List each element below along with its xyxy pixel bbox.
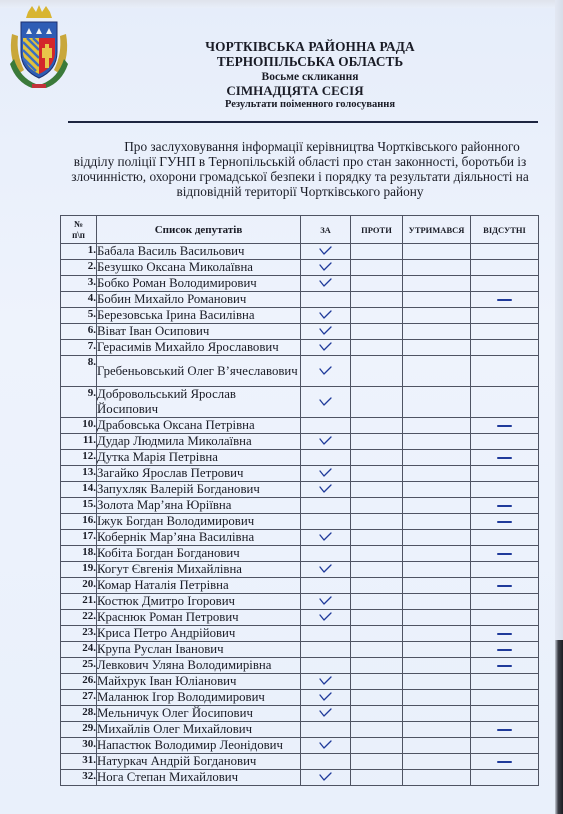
vote-cell-za — [301, 770, 351, 786]
deputy-name: Золота Мар’яна Юріївна — [97, 498, 301, 514]
vote-cell-za — [301, 738, 351, 754]
vote-cell-utrymavsia — [403, 706, 471, 722]
checkmark-icon — [319, 484, 332, 493]
checkmark-icon — [319, 740, 332, 749]
dash-mark-icon — [497, 521, 512, 523]
vote-cell-proty — [351, 418, 403, 434]
dash-mark-icon — [497, 729, 512, 731]
vote-cell-vidsutni — [471, 546, 539, 562]
table-row: 3.Бобко Роман Володимирович — [61, 276, 539, 292]
deputy-name: Бобко Роман Володимирович — [97, 276, 301, 292]
row-number: 7. — [61, 340, 97, 356]
table-row: 10.Драбовська Оксана Петрівна — [61, 418, 539, 434]
table-row: 6.Віват Іван Осипович — [61, 324, 539, 340]
row-number: 30. — [61, 738, 97, 754]
results-title: Результати поіменного голосування — [160, 99, 460, 111]
vote-cell-vidsutni — [471, 690, 539, 706]
vote-cell-vidsutni — [471, 244, 539, 260]
checkmark-icon — [319, 468, 332, 477]
vote-cell-utrymavsia — [403, 434, 471, 450]
vote-cell-utrymavsia — [403, 594, 471, 610]
row-number: 4. — [61, 292, 97, 308]
deputy-name: Дутка Марія Петрівна — [97, 450, 301, 466]
vote-cell-proty — [351, 450, 403, 466]
vote-cell-utrymavsia — [403, 276, 471, 292]
vote-cell-vidsutni — [471, 562, 539, 578]
dash-mark-icon — [497, 649, 512, 651]
row-number: 27. — [61, 690, 97, 706]
checkmark-icon — [319, 342, 332, 351]
vote-cell-za — [301, 418, 351, 434]
vote-cell-vidsutni — [471, 530, 539, 546]
vote-cell-utrymavsia — [403, 770, 471, 786]
deputy-name: Загайко Ярослав Петрович — [97, 466, 301, 482]
deputy-name: Майхрук Іван Юліанович — [97, 674, 301, 690]
vote-cell-proty — [351, 324, 403, 340]
table-row: 13.Загайко Ярослав Петрович — [61, 466, 539, 482]
table-row: 2.Безушко Оксана Миколаївна — [61, 260, 539, 276]
vote-cell-za — [301, 562, 351, 578]
vote-cell-za — [301, 466, 351, 482]
deputy-name: Драбовська Оксана Петрівна — [97, 418, 301, 434]
header-vidsutni: ВІДСУТНІ — [471, 216, 539, 244]
vote-cell-proty — [351, 340, 403, 356]
row-number: 14. — [61, 482, 97, 498]
deputy-name: Натуркач Андрій Богданович — [97, 754, 301, 770]
vote-cell-proty — [351, 530, 403, 546]
vote-cell-vidsutni — [471, 450, 539, 466]
table-row: 20.Комар Наталія Петрівна — [61, 578, 539, 594]
vote-cell-za — [301, 498, 351, 514]
vote-cell-za — [301, 722, 351, 738]
header-number: № п\п — [61, 216, 97, 244]
vote-cell-vidsutni — [471, 658, 539, 674]
vote-cell-za — [301, 324, 351, 340]
vote-cell-proty — [351, 308, 403, 324]
checkmark-icon — [319, 596, 332, 605]
deputy-name: Нога Степан Михайлович — [97, 770, 301, 786]
vote-cell-vidsutni — [471, 418, 539, 434]
table-row: 16.Іжук Богдан Володимирович — [61, 514, 539, 530]
vote-cell-proty — [351, 754, 403, 770]
row-number: 6. — [61, 324, 97, 340]
vote-cell-utrymavsia — [403, 546, 471, 562]
vote-cell-proty — [351, 498, 403, 514]
vote-cell-vidsutni — [471, 356, 539, 387]
table-row: 25.Левкович Уляна Володимирівна — [61, 658, 539, 674]
vote-cell-utrymavsia — [403, 340, 471, 356]
row-number: 22. — [61, 610, 97, 626]
dash-mark-icon — [497, 299, 512, 301]
vote-cell-vidsutni — [471, 340, 539, 356]
vote-cell-vidsutni — [471, 738, 539, 754]
vote-cell-za — [301, 546, 351, 562]
deputy-name: Кобернік Мар’яна Василівна — [97, 530, 301, 546]
table-row: 8.Гребеньовський Олег В’ячеславович — [61, 356, 539, 387]
vote-cell-proty — [351, 260, 403, 276]
table-row: 17.Кобернік Мар’яна Василівна — [61, 530, 539, 546]
vote-cell-za — [301, 482, 351, 498]
deputy-name: Дудар Людмила Миколаївна — [97, 434, 301, 450]
vote-cell-proty — [351, 674, 403, 690]
header-utrymavsia: УТРИМАВСЯ — [403, 216, 471, 244]
vote-cell-za — [301, 658, 351, 674]
deputy-name: Бабала Василь Васильович — [97, 244, 301, 260]
vote-cell-proty — [351, 594, 403, 610]
vote-cell-vidsutni — [471, 260, 539, 276]
deputy-name: Криса Петро Андрійович — [97, 626, 301, 642]
checkmark-icon — [319, 397, 332, 406]
checkmark-icon — [319, 772, 332, 781]
vote-cell-utrymavsia — [403, 674, 471, 690]
vote-cell-vidsutni — [471, 594, 539, 610]
vote-cell-utrymavsia — [403, 387, 471, 418]
vote-cell-za — [301, 706, 351, 722]
checkmark-icon — [319, 564, 332, 573]
table-row: 18.Кобіта Богдан Богданович — [61, 546, 539, 562]
row-number: 15. — [61, 498, 97, 514]
checkmark-icon — [319, 366, 332, 375]
vote-cell-utrymavsia — [403, 754, 471, 770]
header-proty: ПРОТИ — [351, 216, 403, 244]
row-number: 19. — [61, 562, 97, 578]
vote-cell-za — [301, 244, 351, 260]
vote-cell-utrymavsia — [403, 292, 471, 308]
vote-cell-proty — [351, 356, 403, 387]
agenda-subject-text: Про заслуховування інформації керівництв… — [71, 139, 529, 199]
deputy-name: Маланюк Ігор Володимирович — [97, 690, 301, 706]
dash-mark-icon — [497, 457, 512, 459]
vote-cell-vidsutni — [471, 292, 539, 308]
vote-cell-utrymavsia — [403, 244, 471, 260]
vote-cell-za — [301, 754, 351, 770]
vote-cell-proty — [351, 722, 403, 738]
vote-cell-vidsutni — [471, 308, 539, 324]
checkmark-icon — [319, 436, 332, 445]
agenda-subject: Про заслуховування інформації керівництв… — [60, 139, 540, 199]
table-row: 19.Когут Євгенія Михайлівна — [61, 562, 539, 578]
row-number: 28. — [61, 706, 97, 722]
vote-cell-utrymavsia — [403, 530, 471, 546]
checkmark-icon — [319, 262, 332, 271]
row-number: 2. — [61, 260, 97, 276]
vote-cell-za — [301, 276, 351, 292]
deputy-name: Комар Наталія Петрівна — [97, 578, 301, 594]
vote-cell-vidsutni — [471, 706, 539, 722]
table-row: 24.Крупа Руслан Іванович — [61, 642, 539, 658]
vote-cell-vidsutni — [471, 514, 539, 530]
header-za: ЗА — [301, 216, 351, 244]
table-row: 9.Добровольський Ярослав Йосипович — [61, 387, 539, 418]
table-row: 23.Криса Петро Андрійович — [61, 626, 539, 642]
deputy-name: Запухляк Валерій Богданович — [97, 482, 301, 498]
row-number: 31. — [61, 754, 97, 770]
vote-cell-vidsutni — [471, 276, 539, 292]
header-deputies: Список депутатів — [97, 216, 301, 244]
coat-of-arms-icon — [6, 4, 72, 90]
row-number: 29. — [61, 722, 97, 738]
vote-cell-za — [301, 530, 351, 546]
vote-cell-utrymavsia — [403, 722, 471, 738]
deputy-name: Михайлів Олег Михайлович — [97, 722, 301, 738]
vote-cell-utrymavsia — [403, 450, 471, 466]
vote-cell-za — [301, 514, 351, 530]
table-row: 1.Бабала Василь Васильович — [61, 244, 539, 260]
checkmark-icon — [319, 310, 332, 319]
vote-cell-vidsutni — [471, 722, 539, 738]
row-number: 5. — [61, 308, 97, 324]
vote-cell-za — [301, 674, 351, 690]
vote-cell-vidsutni — [471, 674, 539, 690]
vote-cell-utrymavsia — [403, 690, 471, 706]
row-number: 9. — [61, 387, 97, 418]
page-right-shadow — [555, 640, 563, 814]
deputy-name: Кобіта Богдан Богданович — [97, 546, 301, 562]
vote-cell-za — [301, 292, 351, 308]
vote-cell-proty — [351, 482, 403, 498]
row-number: 32. — [61, 770, 97, 786]
deputy-name: Герасимів Михайло Ярославович — [97, 340, 301, 356]
vote-cell-za — [301, 578, 351, 594]
row-number: 8. — [61, 356, 97, 387]
table-row: 28.Мельничук Олег Йосипович — [61, 706, 539, 722]
table-row: 27.Маланюк Ігор Володимирович — [61, 690, 539, 706]
table-row: 5.Березовська Ірина Василівна — [61, 308, 539, 324]
checkmark-icon — [319, 676, 332, 685]
vote-cell-utrymavsia — [403, 498, 471, 514]
row-number: 17. — [61, 530, 97, 546]
vote-cell-proty — [351, 626, 403, 642]
vote-cell-utrymavsia — [403, 418, 471, 434]
vote-cell-utrymavsia — [403, 466, 471, 482]
dash-mark-icon — [497, 761, 512, 763]
checkmark-icon — [319, 278, 332, 287]
deputy-name: Костюк Дмитро Ігорович — [97, 594, 301, 610]
vote-cell-vidsutni — [471, 754, 539, 770]
deputy-name: Крупа Руслан Іванович — [97, 642, 301, 658]
convocation: Восьме скликання — [160, 71, 460, 84]
vote-cell-utrymavsia — [403, 356, 471, 387]
vote-cell-proty — [351, 466, 403, 482]
vote-cell-vidsutni — [471, 324, 539, 340]
vote-cell-utrymavsia — [403, 610, 471, 626]
vote-cell-za — [301, 387, 351, 418]
vote-cell-vidsutni — [471, 642, 539, 658]
dash-mark-icon — [497, 553, 512, 555]
checkmark-icon — [319, 612, 332, 621]
vote-cell-proty — [351, 738, 403, 754]
vote-cell-za — [301, 642, 351, 658]
table-row: 22.Краснюк Роман Петрович — [61, 610, 539, 626]
vote-cell-utrymavsia — [403, 658, 471, 674]
vote-cell-utrymavsia — [403, 738, 471, 754]
council-name: ЧОРТКІВСЬКА РАЙОННА РАДА — [160, 40, 460, 55]
oblast-name: ТЕРНОПІЛЬСЬКА ОБЛАСТЬ — [160, 55, 460, 70]
vote-cell-vidsutni — [471, 770, 539, 786]
table-row: 29.Михайлів Олег Михайлович — [61, 722, 539, 738]
table-row: 31.Натуркач Андрій Богданович — [61, 754, 539, 770]
vote-cell-vidsutni — [471, 610, 539, 626]
vote-cell-za — [301, 594, 351, 610]
table-row: 26.Майхрук Іван Юліанович — [61, 674, 539, 690]
vote-cell-za — [301, 690, 351, 706]
table-row: 32.Нога Степан Михайлович — [61, 770, 539, 786]
table-row: 11.Дудар Людмила Миколаївна — [61, 434, 539, 450]
table-row: 14.Запухляк Валерій Богданович — [61, 482, 539, 498]
dash-mark-icon — [497, 425, 512, 427]
deputy-name: Краснюк Роман Петрович — [97, 610, 301, 626]
vote-cell-za — [301, 626, 351, 642]
vote-cell-utrymavsia — [403, 626, 471, 642]
checkmark-icon — [319, 326, 332, 335]
vote-cell-proty — [351, 642, 403, 658]
row-number: 23. — [61, 626, 97, 642]
vote-cell-utrymavsia — [403, 324, 471, 340]
vote-cell-utrymavsia — [403, 482, 471, 498]
deputy-name: Безушко Оксана Миколаївна — [97, 260, 301, 276]
deputy-name: Іжук Богдан Володимирович — [97, 514, 301, 530]
deputy-name: Мельничук Олег Йосипович — [97, 706, 301, 722]
table-row: 4.Бобин Михайло Романович — [61, 292, 539, 308]
vote-cell-utrymavsia — [403, 260, 471, 276]
vote-cell-vidsutni — [471, 434, 539, 450]
vote-cell-utrymavsia — [403, 514, 471, 530]
vote-cell-za — [301, 610, 351, 626]
vote-cell-za — [301, 260, 351, 276]
row-number: 18. — [61, 546, 97, 562]
vote-cell-proty — [351, 387, 403, 418]
deputy-name: Когут Євгенія Михайлівна — [97, 562, 301, 578]
checkmark-icon — [319, 246, 332, 255]
deputy-name: Березовська Ірина Василівна — [97, 308, 301, 324]
row-number: 11. — [61, 434, 97, 450]
deputy-name: Бобин Михайло Романович — [97, 292, 301, 308]
checkmark-icon — [319, 692, 332, 701]
vote-cell-za — [301, 450, 351, 466]
deputy-name: Напастюк Володимир Леонідович — [97, 738, 301, 754]
vote-cell-za — [301, 356, 351, 387]
page-top-edge — [0, 0, 563, 8]
row-number: 12. — [61, 450, 97, 466]
row-number: 3. — [61, 276, 97, 292]
page-right-edge — [555, 0, 563, 640]
checkmark-icon — [319, 708, 332, 717]
dash-mark-icon — [497, 505, 512, 507]
vote-cell-proty — [351, 706, 403, 722]
vote-cell-vidsutni — [471, 387, 539, 418]
row-number: 10. — [61, 418, 97, 434]
dash-mark-icon — [497, 585, 512, 587]
vote-cell-proty — [351, 514, 403, 530]
deputy-name: Віват Іван Осипович — [97, 324, 301, 340]
document-header: ЧОРТКІВСЬКА РАЙОННА РАДА ТЕРНОПІЛЬСЬКА О… — [160, 40, 460, 111]
table-row: 12.Дутка Марія Петрівна — [61, 450, 539, 466]
vote-results-table: № п\п Список депутатів ЗА ПРОТИ УТРИМАВС… — [60, 215, 539, 786]
vote-cell-utrymavsia — [403, 642, 471, 658]
vote-cell-proty — [351, 546, 403, 562]
vote-cell-proty — [351, 658, 403, 674]
deputy-name: Гребеньовський Олег В’ячеславович — [97, 356, 301, 387]
deputy-name: Левкович Уляна Володимирівна — [97, 658, 301, 674]
vote-cell-vidsutni — [471, 626, 539, 642]
vote-cell-proty — [351, 434, 403, 450]
row-number: 21. — [61, 594, 97, 610]
row-number: 20. — [61, 578, 97, 594]
dash-mark-icon — [497, 633, 512, 635]
vote-cell-za — [301, 340, 351, 356]
vote-cell-vidsutni — [471, 466, 539, 482]
vote-cell-proty — [351, 562, 403, 578]
session-title: СІМНАДЦЯТА СЕСІЯ — [130, 84, 460, 99]
dash-mark-icon — [497, 665, 512, 667]
vote-rows: 1.Бабала Василь Васильович2.Безушко Окса… — [61, 244, 539, 786]
vote-cell-proty — [351, 610, 403, 626]
header-divider — [68, 121, 538, 123]
row-number: 24. — [61, 642, 97, 658]
vote-cell-proty — [351, 292, 403, 308]
vote-cell-proty — [351, 244, 403, 260]
vote-cell-proty — [351, 276, 403, 292]
row-number: 26. — [61, 674, 97, 690]
row-number: 25. — [61, 658, 97, 674]
table-row: 21.Костюк Дмитро Ігорович — [61, 594, 539, 610]
checkmark-icon — [319, 532, 332, 541]
vote-cell-utrymavsia — [403, 578, 471, 594]
deputy-name: Добровольський Ярослав Йосипович — [97, 387, 301, 418]
vote-cell-za — [301, 434, 351, 450]
vote-cell-vidsutni — [471, 498, 539, 514]
vote-cell-utrymavsia — [403, 562, 471, 578]
vote-cell-proty — [351, 578, 403, 594]
table-row: 15.Золота Мар’яна Юріївна — [61, 498, 539, 514]
row-number: 1. — [61, 244, 97, 260]
row-number: 13. — [61, 466, 97, 482]
vote-cell-vidsutni — [471, 578, 539, 594]
vote-cell-proty — [351, 770, 403, 786]
row-number: 16. — [61, 514, 97, 530]
table-row: 30.Напастюк Володимир Леонідович — [61, 738, 539, 754]
table-row: 7.Герасимів Михайло Ярославович — [61, 340, 539, 356]
vote-cell-vidsutni — [471, 482, 539, 498]
vote-cell-za — [301, 308, 351, 324]
vote-cell-utrymavsia — [403, 308, 471, 324]
vote-cell-proty — [351, 690, 403, 706]
